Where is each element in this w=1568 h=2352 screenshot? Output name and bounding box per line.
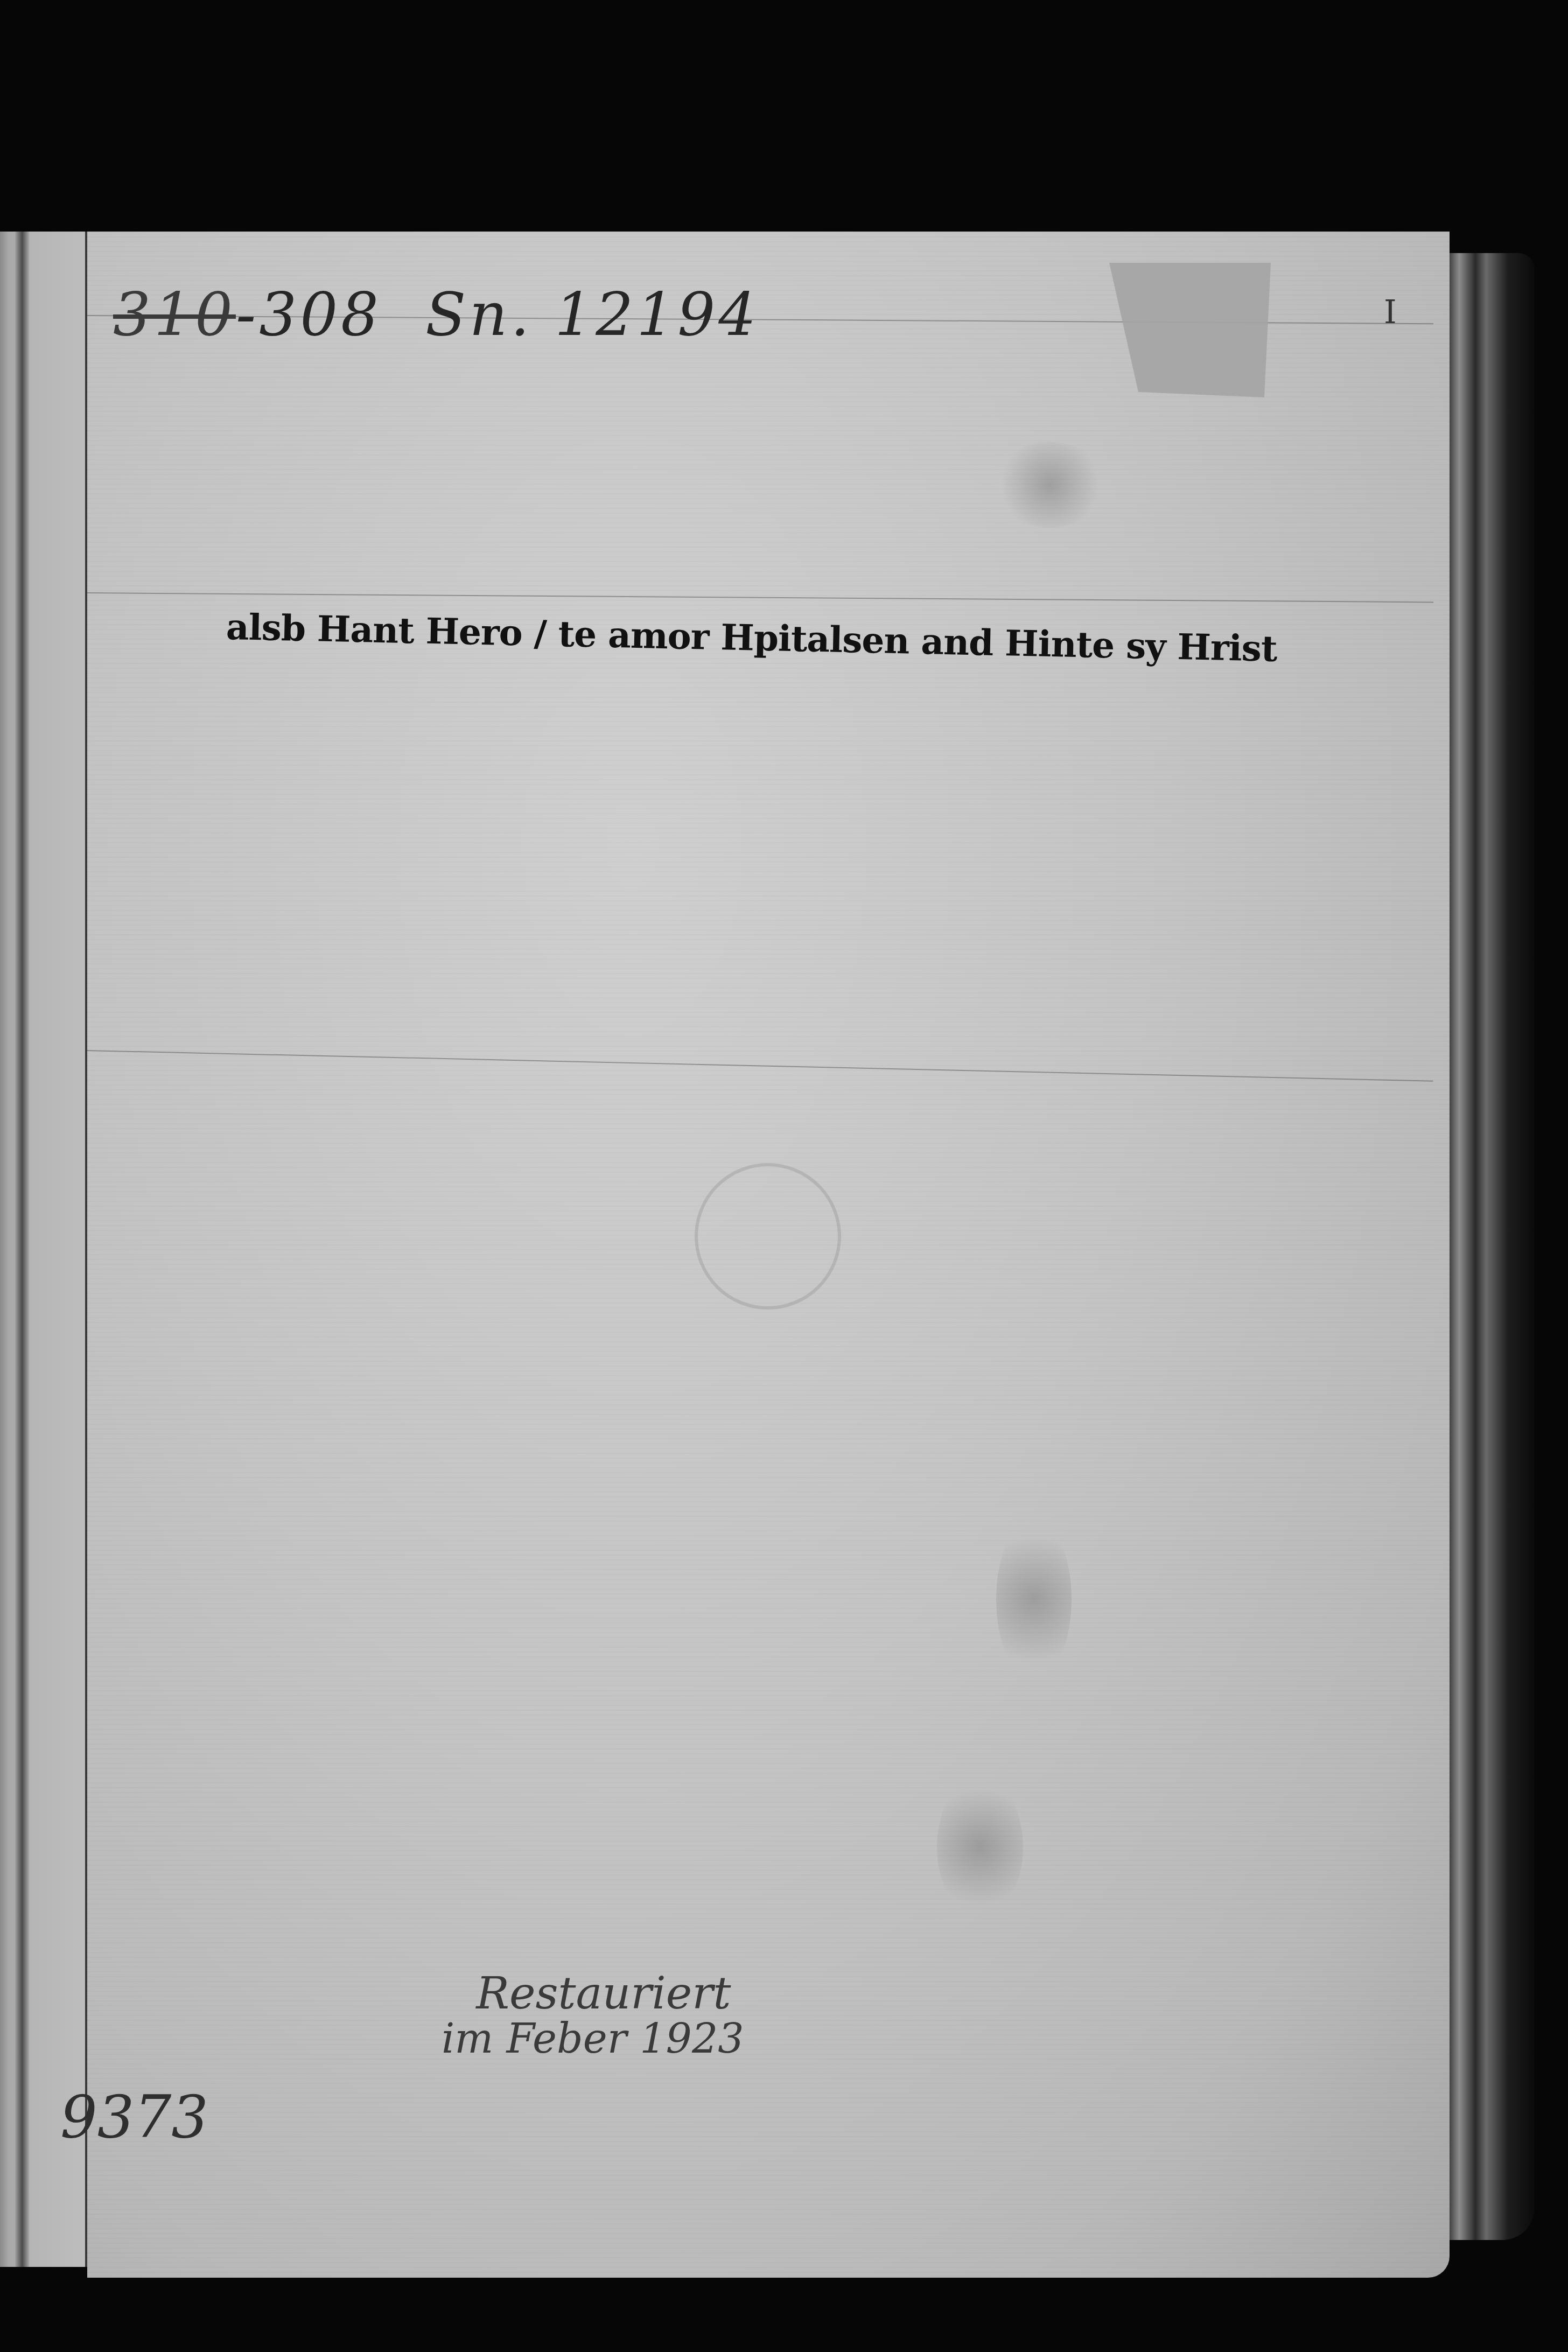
stain (937, 1777, 1023, 1917)
shelfmark-number: 308 (259, 280, 382, 349)
archive-number: 9373 (60, 2084, 208, 2151)
stain (996, 1518, 1072, 1680)
shelfmark-separator: - (236, 280, 259, 349)
shelfmark-signature: Sn. 12194 (425, 280, 759, 349)
left-page-edge (0, 232, 86, 2267)
photo-background: 310-308 Sn. 12194 I alsb Hant Hero / te … (0, 0, 1568, 2352)
restoration-note: Restauriert im Feber 1923 (463, 1971, 744, 2060)
struck-number: 310 (113, 280, 236, 349)
restoration-note-line2: im Feber 1923 (442, 2017, 744, 2060)
faded-stamp (695, 1163, 841, 1310)
spine-shadow (15, 232, 29, 2267)
shelfmark: 310-308 Sn. 12194 (113, 280, 759, 349)
stain (996, 442, 1104, 528)
page-number: I (1384, 293, 1397, 331)
restoration-note-line1: Restauriert (463, 1971, 744, 2017)
